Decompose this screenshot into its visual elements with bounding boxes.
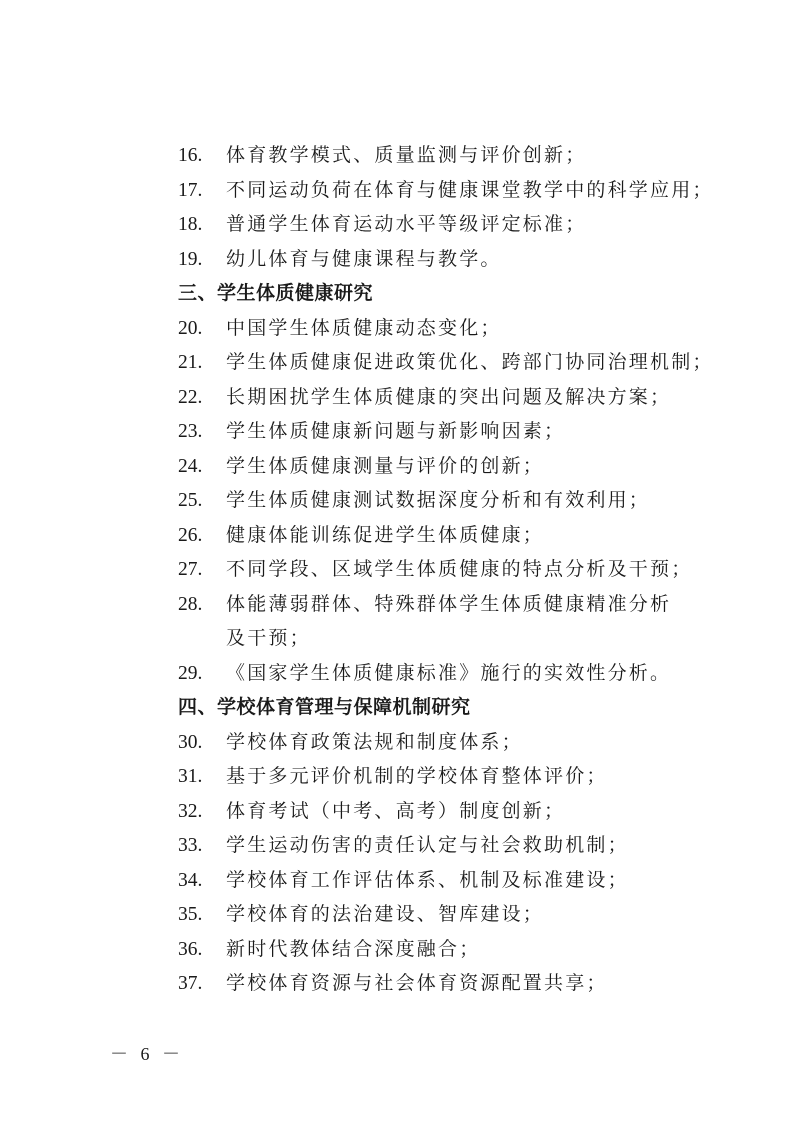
item-number: 17. [178,174,226,209]
item-text: 学校体育资源与社会体育资源配置共享； [226,972,608,994]
item-text: 学生运动伤害的责任认定与社会救助机制； [226,834,629,856]
item-number: 20. [178,312,226,347]
item-number: 22. [178,381,226,416]
item-number: 37. [178,967,226,1002]
item-number: 16. [178,139,226,174]
item-text: 学校体育政策法规和制度体系； [226,731,523,753]
list-item-32: 32.体育考试（中考、高考）制度创新； [178,794,698,829]
list-item-28-continuation: 及干预； [178,621,698,656]
item-text: 健康体能训练促进学生体质健康； [226,524,544,546]
list-item-30: 30.学校体育政策法规和制度体系； [178,725,698,760]
page-number: － 6 － [110,1040,184,1066]
item-text: 学生体质健康测试数据深度分析和有效利用； [226,489,650,511]
item-number: 35. [178,898,226,933]
item-number: 25. [178,484,226,519]
section-heading-3: 三、学生体质健康研究 [178,276,698,311]
list-item-24: 24.学生体质健康测量与评价的创新； [178,449,698,484]
list-item-37: 37.学校体育资源与社会体育资源配置共享； [178,966,698,1001]
item-text: 不同学段、区域学生体质健康的特点分析及干预； [226,558,692,580]
item-number: 34. [178,864,226,899]
document-page: 16.体育教学模式、质量监测与评价创新； 17.不同运动负荷在体育与健康课堂教学… [0,0,794,1121]
list-item-33: 33.学生运动伤害的责任认定与社会救助机制； [178,828,698,863]
list-item-28: 28.体能薄弱群体、特殊群体学生体质健康精准分析 [178,587,698,622]
item-number: 33. [178,829,226,864]
item-text: 普通学生体育运动水平等级评定标准； [226,213,586,235]
item-text: 体育教学模式、质量监测与评价创新； [226,144,586,166]
item-text: 体能薄弱群体、特殊群体学生体质健康精准分析 [226,593,671,615]
item-number: 29. [178,657,226,692]
item-text: 学校体育的法治建设、智库建设； [226,903,544,925]
item-text: 新时代教体结合深度融合； [226,938,480,960]
item-text: 学生体质健康新问题与新影响因素； [226,420,565,442]
item-text: 学校体育工作评估体系、机制及标准建设； [226,869,629,891]
list-item-27: 27.不同学段、区域学生体质健康的特点分析及干预； [178,552,698,587]
list-item-34: 34.学校体育工作评估体系、机制及标准建设； [178,863,698,898]
list-item-20: 20.中国学生体质健康动态变化； [178,311,698,346]
item-text: 体育考试（中考、高考）制度创新； [226,800,565,822]
list-item-25: 25.学生体质健康测试数据深度分析和有效利用； [178,483,698,518]
item-number: 28. [178,588,226,623]
item-text: 《国家学生体质健康标准》施行的实效性分析。 [226,662,671,684]
item-text: 学生体质健康测量与评价的创新； [226,455,544,477]
list-item-16: 16.体育教学模式、质量监测与评价创新； [178,138,698,173]
list-item-35: 35.学校体育的法治建设、智库建设； [178,897,698,932]
list-item-36: 36.新时代教体结合深度融合； [178,932,698,967]
item-number: 18. [178,208,226,243]
item-number: 23. [178,415,226,450]
list-item-21: 21.学生体质健康促进政策优化、跨部门协同治理机制； [178,345,698,380]
list-item-17: 17.不同运动负荷在体育与健康课堂教学中的科学应用； [178,173,698,208]
list-item-31: 31.基于多元评价机制的学校体育整体评价； [178,759,698,794]
list-item-18: 18.普通学生体育运动水平等级评定标准； [178,207,698,242]
item-number: 32. [178,795,226,830]
item-number: 19. [178,243,226,278]
item-number: 36. [178,933,226,968]
item-text: 学生体质健康促进政策优化、跨部门协同治理机制； [226,351,714,373]
list-item-22: 22.长期困扰学生体质健康的突出问题及解决方案； [178,380,698,415]
item-number: 30. [178,726,226,761]
list-item-29: 29.《国家学生体质健康标准》施行的实效性分析。 [178,656,698,691]
item-text: 不同运动负荷在体育与健康课堂教学中的科学应用； [226,179,714,201]
item-number: 27. [178,553,226,588]
list-item-19: 19.幼儿体育与健康课程与教学。 [178,242,698,277]
list-item-23: 23.学生体质健康新问题与新影响因素； [178,414,698,449]
item-text: 中国学生体质健康动态变化； [226,317,502,339]
document-body: 16.体育教学模式、质量监测与评价创新； 17.不同运动负荷在体育与健康课堂教学… [178,138,698,1001]
item-text: 长期困扰学生体质健康的突出问题及解决方案； [226,386,671,408]
item-number: 26. [178,519,226,554]
section-heading-4: 四、学校体育管理与保障机制研究 [178,690,698,725]
item-number: 31. [178,760,226,795]
item-number: 21. [178,346,226,381]
item-text: 基于多元评价机制的学校体育整体评价； [226,765,608,787]
item-text: 幼儿体育与健康课程与教学。 [226,248,502,270]
item-number: 24. [178,450,226,485]
list-item-26: 26.健康体能训练促进学生体质健康； [178,518,698,553]
